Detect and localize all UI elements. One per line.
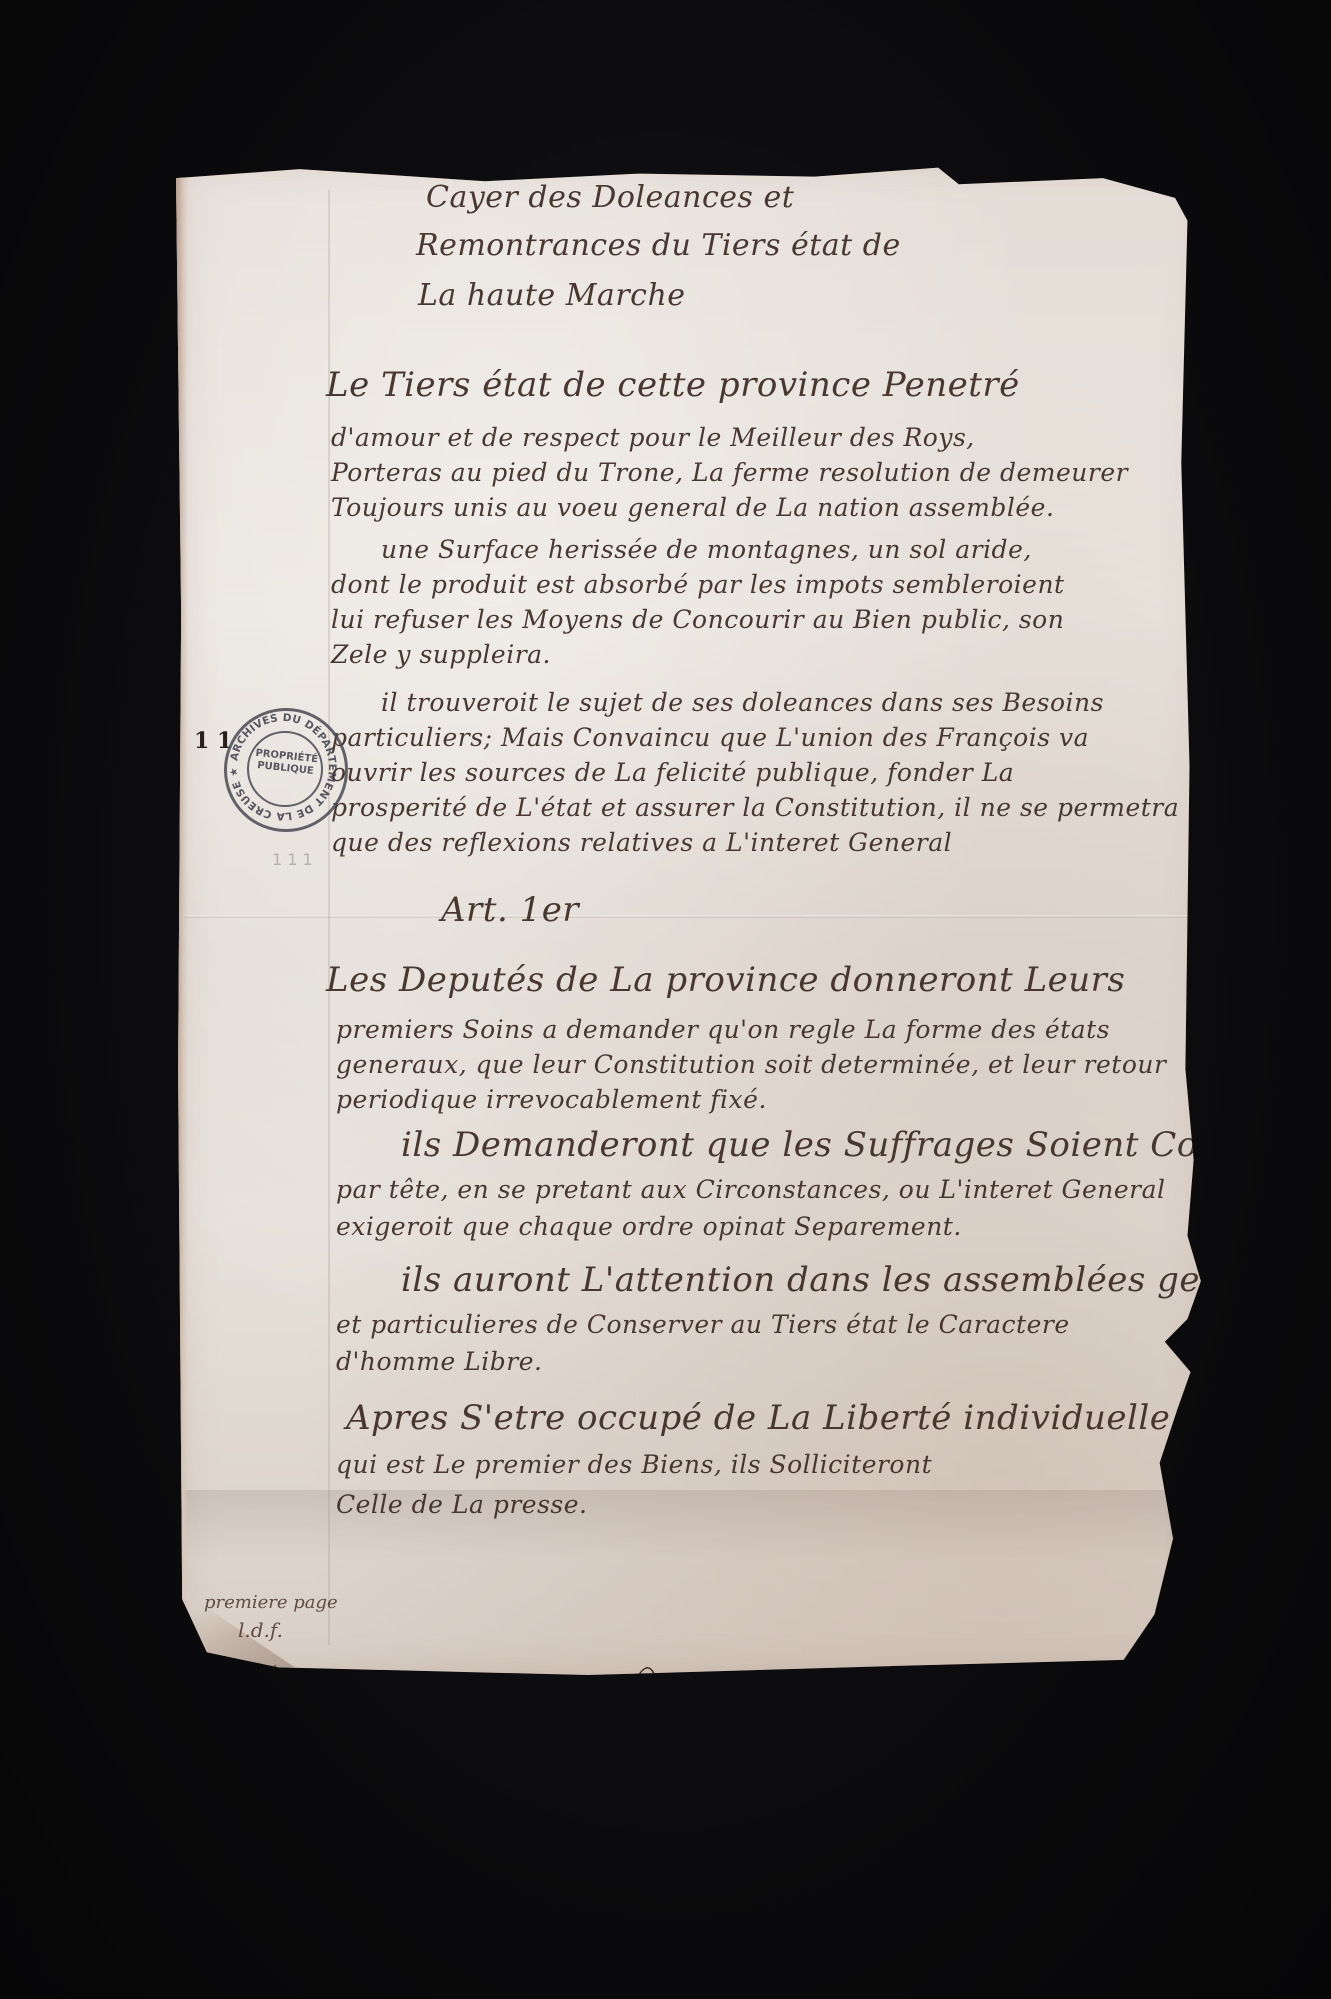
title-line-2: Remontrances du Tiers état de bbox=[416, 228, 901, 263]
margin-initials: l.d.f. bbox=[238, 1618, 283, 1642]
article2-line-1: ils Demanderont que les Suffrages Soient… bbox=[401, 1125, 1305, 1165]
margin-note-premiere-page: premiere page bbox=[204, 1592, 338, 1613]
article3-line-3: d'homme Libre. bbox=[336, 1347, 542, 1376]
paragraph3-line-5: que des reflexions relatives a L'interet… bbox=[331, 828, 952, 857]
article-heading: Art. 1er bbox=[441, 890, 579, 930]
paragraph2-line-1: une Surface herissée de montagnes, un so… bbox=[381, 535, 1032, 564]
preamble-line-4: Toujours unis au voeu general de La nati… bbox=[331, 493, 1054, 522]
article4-line-3: Celle de La presse. bbox=[336, 1490, 588, 1519]
preamble-line-2: d'amour et de respect pour le Meilleur d… bbox=[331, 423, 975, 452]
article2-line-2: par tête, en se pretant aux Circonstance… bbox=[336, 1175, 1166, 1204]
paragraph2-line-4: Zele y suppleira. bbox=[331, 640, 551, 669]
title-line-3: La haute Marche bbox=[418, 278, 686, 313]
archive-stamp: ARCHIVES DU DÉPARTEMENT DE LA CREUSE ★ P… bbox=[224, 708, 348, 832]
article2-line-3: exigeroit que chaque ordre opinat Separe… bbox=[336, 1212, 962, 1241]
preamble-line-1: Le Tiers état de cette province Penetré bbox=[326, 365, 1020, 405]
paragraph3-line-4: prosperité de L'état et assurer la Const… bbox=[331, 793, 1179, 822]
article1-line-1: Les Deputés de La province donneront Leu… bbox=[326, 960, 1125, 1000]
preamble-line-3: Porteras au pied du Trone, La ferme reso… bbox=[331, 458, 1128, 487]
paragraph3-line-2: particuliers; Mais Convaincu que L'union… bbox=[331, 723, 1089, 752]
article3-line-1: ils auront L'attention dans les assemblé… bbox=[401, 1260, 1331, 1300]
article1-line-2: premiers Soins a demander qu'on regle La… bbox=[336, 1015, 1110, 1044]
paper-shadow-band bbox=[176, 1490, 1206, 1560]
article3-line-2: et particulieres de Conserver au Tiers é… bbox=[336, 1310, 1070, 1339]
paragraph2-line-2: dont le produit est absorbé par les impo… bbox=[331, 570, 1065, 599]
paragraph3-line-1: il trouveroit le sujet de ses doleances … bbox=[381, 688, 1104, 717]
article4-line-2: qui est Le premier des Biens, ils Sollic… bbox=[336, 1450, 932, 1479]
article4-line-1: Apres S'etre occupé de La Liberté indivi… bbox=[346, 1398, 1170, 1438]
manuscript-sheet: Cayer des Doleances et Remontrances du T… bbox=[176, 160, 1206, 1675]
vertical-fold-line bbox=[328, 190, 330, 1645]
article1-line-3: generaux, que leur Constitution soit det… bbox=[336, 1050, 1166, 1079]
title-line-1: Cayer des Doleances et bbox=[426, 180, 794, 215]
margin-faint-mark: 1 1 1 bbox=[272, 850, 313, 869]
paragraph2-line-3: lui refuser les Moyens de Concourir au B… bbox=[331, 605, 1064, 634]
article1-line-4: periodique irrevocablement fixé. bbox=[336, 1085, 767, 1114]
paragraph3-line-3: ouvrir les sources de La felicité publiq… bbox=[331, 758, 1014, 787]
